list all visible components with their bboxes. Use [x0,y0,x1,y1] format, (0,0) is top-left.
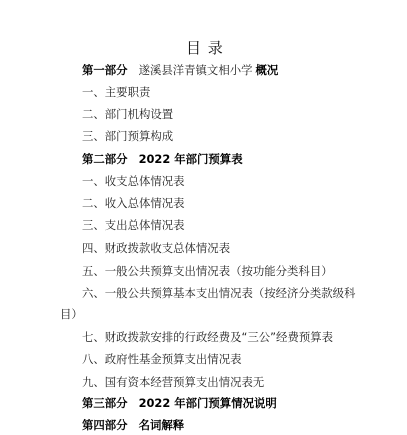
part3-label: 第三部分 [82,396,128,410]
part3-name: 2022 年部门预算情况说明 [139,396,277,410]
toc-item: 二、部门机构设置 [82,103,173,125]
toc-part2-heading: 第二部分2022 年部门预算表 [82,148,243,170]
toc-part3-heading: 第三部分2022 年部门预算情况说明 [82,392,277,414]
toc-item: 九、国有资本经营预算支出情况表无 [82,371,264,393]
toc-part1-heading: 第一部分遂溪县洋青镇文相小学概况 [82,59,278,81]
toc-part4-heading: 第四部分名词解释 [82,414,184,435]
toc-item: 二、收入总体情况表 [82,192,185,214]
toc-item: 八、政府性基金预算支出情况表 [82,348,241,370]
part1-org-name: 遂溪县洋青镇文相小学 [139,63,253,77]
toc-item: 一、收支总体情况表 [82,170,185,192]
toc-item: 三、支出总体情况表 [82,214,185,236]
toc-item: 七、财政拨款安排的行政经费及“三公”经费预算表 [82,326,333,348]
part2-name: 2022 年部门预算表 [139,152,243,166]
part1-label: 第一部分 [82,63,128,77]
toc-item: 五、一般公共预算支出情况表（按功能分类科目） [82,260,333,282]
toc-item: 三、部门预算构成 [82,125,173,147]
document-page: 目 录 第一部分遂溪县洋青镇文相小学概况 一、主要职责 二、部门机构设置 三、部… [0,0,407,435]
toc-item: 六、一般公共预算基本支出情况表（按经济分类款级科 [82,282,355,304]
toc-item: 一、主要职责 [82,81,150,103]
part4-label: 第四部分 [82,418,128,432]
part4-name: 名词解释 [139,418,185,432]
toc-item: 四、财政拨款收支总体情况表 [82,237,230,259]
toc-title: 目 录 [186,36,224,60]
part1-suffix: 概况 [256,63,279,77]
part2-label: 第二部分 [82,152,128,166]
toc-item-continuation: 目） [60,303,83,325]
